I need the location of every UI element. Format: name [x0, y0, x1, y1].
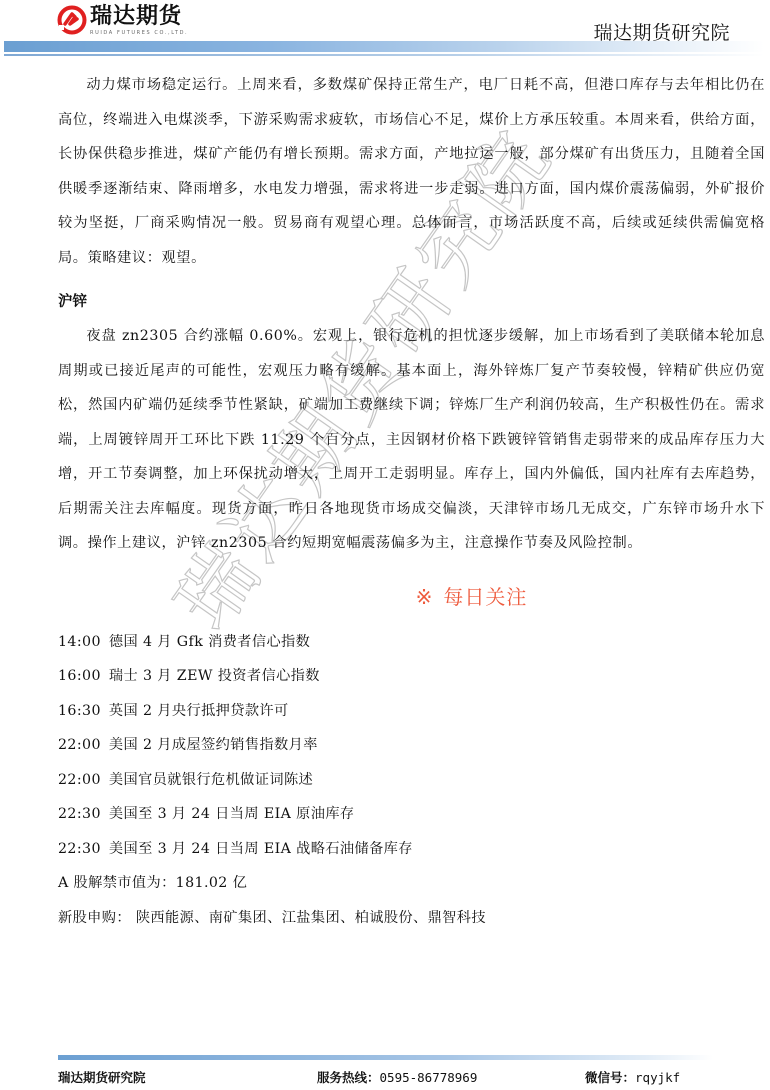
event-text: 德国 4 月 Gfk 消费者信心指数 — [109, 634, 310, 650]
event-text: 英国 2 月央行抵押贷款许可 — [109, 703, 289, 719]
event-time: 22:30 — [58, 806, 101, 822]
footer-wechat: 微信号：rqyjkf — [585, 1068, 680, 1086]
event-text: 美国官员就银行危机做证词陈述 — [109, 772, 313, 788]
reference-mark-icon: ※ — [416, 585, 434, 609]
header-divider-band — [4, 41, 764, 52]
coal-paragraph: 动力煤市场稳定运行。上周来看，多数煤矿保持正常生产，电厂日耗不高，但港口库存与去… — [58, 68, 765, 275]
event-item: 22:00美国官员就银行危机做证词陈述 — [58, 763, 765, 798]
event-time: 22:00 — [58, 737, 101, 753]
daily-focus-title: 每日关注 — [443, 585, 527, 609]
share-unlock-value: A 股解禁市值为：181.02 亿 — [58, 866, 765, 901]
event-time: 22:00 — [58, 772, 101, 788]
footer-hotline: 服务热线：0595-86778969 — [317, 1068, 477, 1086]
report-body: 动力煤市场稳定运行。上周来看，多数煤矿保持正常生产，电厂日耗不高，但港口库存与去… — [58, 68, 765, 935]
event-list: 14:00德国 4 月 Gfk 消费者信心指数 16:00瑞士 3 月 ZEW … — [58, 625, 765, 867]
event-text: 美国 2 月成屋签约销售指数月率 — [109, 737, 318, 753]
event-item: 16:30英国 2 月央行抵押贷款许可 — [58, 694, 765, 729]
event-time: 14:00 — [58, 634, 101, 650]
company-logo: 瑞达期货 RUIDA FUTURES CO.,LTD. — [57, 5, 188, 41]
event-item: 22:30美国至 3 月 24 日当周 EIA 原油库存 — [58, 797, 765, 832]
event-item: 22:30美国至 3 月 24 日当周 EIA 战略石油储备库存 — [58, 832, 765, 867]
event-item: 14:00德国 4 月 Gfk 消费者信心指数 — [58, 625, 765, 660]
zinc-paragraph: 夜盘 zn2305 合约涨幅 0.60%。宏观上，银行危机的担忧逐步缓解，加上市… — [58, 319, 765, 561]
logo-chinese-name: 瑞达期货 — [90, 5, 188, 29]
daily-focus-heading: ※每日关注 — [58, 577, 765, 617]
zinc-section-title: 沪锌 — [58, 285, 765, 319]
event-item: 22:00美国 2 月成屋签约销售指数月率 — [58, 728, 765, 763]
event-text: 美国至 3 月 24 日当周 EIA 原油库存 — [109, 806, 355, 822]
header-divider-line — [4, 54, 764, 56]
footer-org-name: 瑞达期货研究院 — [58, 1068, 146, 1086]
event-time: 16:00 — [58, 668, 101, 684]
ruida-logo-icon — [57, 5, 87, 35]
hotline-number: 0595-86778969 — [380, 1070, 478, 1085]
event-item: 16:00瑞士 3 月 ZEW 投资者信心指数 — [58, 659, 765, 694]
ipo-subscription-list: 新股申购： 陕西能源、南矿集团、江盐集团、柏诚股份、鼎智科技 — [58, 901, 765, 936]
hotline-label: 服务热线： — [317, 1070, 380, 1085]
footer-divider-band — [58, 1055, 713, 1060]
wechat-id: rqyjkf — [635, 1070, 680, 1085]
logo-english-name: RUIDA FUTURES CO.,LTD. — [90, 30, 188, 37]
event-text: 美国至 3 月 24 日当周 EIA 战略石油储备库存 — [109, 841, 413, 857]
event-time: 16:30 — [58, 703, 101, 719]
wechat-label: 微信号： — [585, 1070, 635, 1085]
page-footer: 瑞达期货研究院 服务热线：0595-86778969 微信号：rqyjkf — [58, 1068, 758, 1088]
event-text: 瑞士 3 月 ZEW 投资者信心指数 — [109, 668, 320, 684]
page-header: 瑞达期货 RUIDA FUTURES CO.,LTD. 瑞达期货研究院 — [0, 0, 770, 60]
event-time: 22:30 — [58, 841, 101, 857]
